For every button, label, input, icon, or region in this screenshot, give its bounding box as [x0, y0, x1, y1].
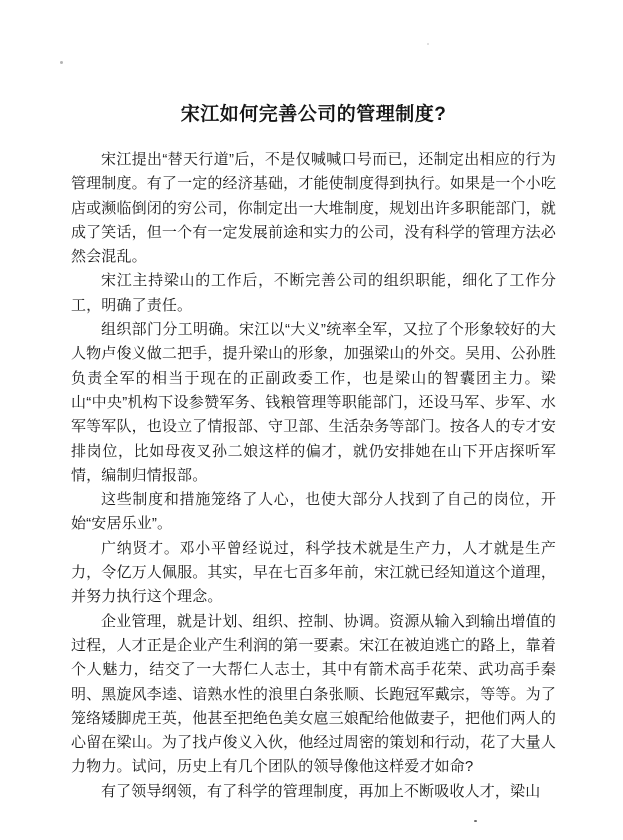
paragraph: 有了领导纲领，有了科学的管理制度，再加上不断吸收人才，梁山 [71, 780, 556, 804]
paragraph: 宋江主持梁山的工作后，不断完善公司的组织职能，细化了工作分工，明确了责任。 [71, 269, 556, 318]
paragraph: 广纳贤才。邓小平曾经说过，科学技术就是生产力，人才就是生产力，令亿万人佩服。其实… [71, 537, 556, 610]
paragraph: 企业管理，就是计划、组织、控制、协调。资源从输入到输出增值的过程，人才正是企业产… [71, 610, 556, 780]
scan-speck [427, 43, 429, 45]
scan-speck [474, 820, 477, 822]
scanned-book-page: 宋江如何完善公司的管理制度? 宋江提出“替天行道”后，不是仅喊喊口号而已，还制定… [0, 0, 623, 840]
paragraph: 宋江提出“替天行道”后，不是仅喊喊口号而已，还制定出相应的行为管理制度。有了一定… [71, 148, 556, 269]
scan-speck [60, 61, 63, 64]
body-text: 宋江提出“替天行道”后，不是仅喊喊口号而已，还制定出相应的行为管理制度。有了一定… [71, 148, 556, 804]
paragraph: 组织部门分工明确。宋江以“大义”统率全军，又拉了个形象较好的大人物卢俊义做二把手… [71, 318, 556, 488]
paragraph: 这些制度和措施笼络了人心，也使大部分人找到了自己的岗位，开始“安居乐业”。 [71, 488, 556, 537]
page-content: 宋江如何完善公司的管理制度? 宋江提出“替天行道”后，不是仅喊喊口号而已，还制定… [71, 101, 556, 804]
page-title: 宋江如何完善公司的管理制度? [71, 101, 556, 129]
